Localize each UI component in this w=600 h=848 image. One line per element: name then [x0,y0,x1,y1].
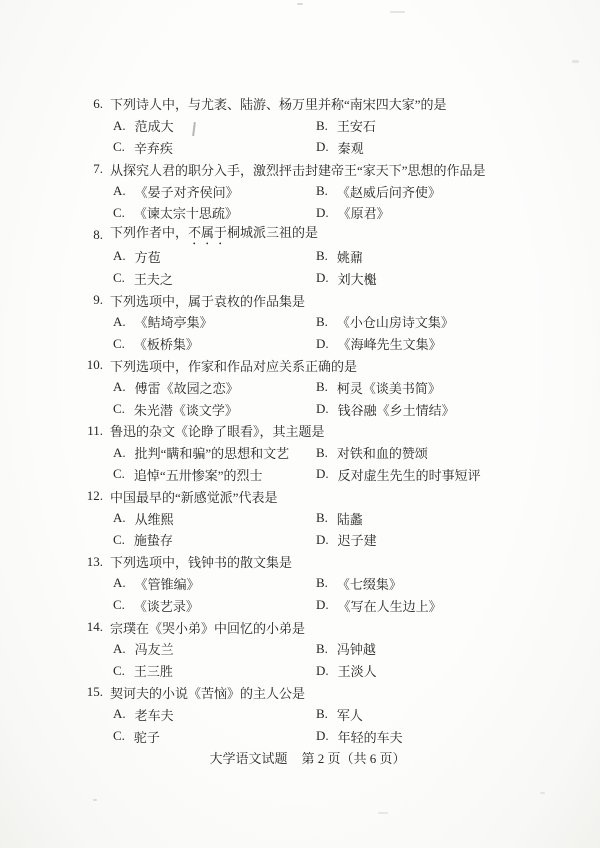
option: A. 范成大 [113,115,316,137]
option: C. 《谈艺录》 [113,594,316,616]
question-options: A. 批判“瞒和骗”的思想和文艺 B. 对铁和血的赞颂 C. 追悼“五卅惨案”的… [113,442,534,486]
option-text: 《谏太宗十思疏》 [134,203,238,222]
option-label: C. [113,466,125,482]
option-text: 《晏子对齐侯问》 [135,182,239,201]
option-text: 对铁和血的赞颂 [337,443,428,462]
question-number: 12. [81,488,103,504]
option-label: A. [113,575,126,591]
option-text: 批判“瞒和骗”的思想和文艺 [135,443,290,462]
option-label: A. [113,248,126,264]
option-text: 反对虚生先生的时事短评 [338,465,481,484]
footer-page-indicator: 第 2 页（共 6 页） [302,748,406,767]
option-label: C. [113,139,125,155]
option-text: 老车夫 [135,705,174,724]
question-number: 14. [81,619,103,635]
option: D. 王淡人 [316,660,534,682]
option-text: 王安石 [337,116,376,135]
option-label: C. [113,663,125,679]
question-stem: 宗璞在《哭小弟》中回忆的小弟是 [110,618,305,637]
question-block: 7. 从探究人君的职分入手，激烈抨击封建帝王“家天下”思想的作品是 A. 《晏子… [81,158,534,223]
option: A. 《管锥编》 [113,573,316,595]
option-text: 辛弃疾 [134,138,173,157]
option-text: 《原君》 [338,203,390,222]
question-block: 11. 鲁迅的杂文《论睁了眼看》，其主题是 A. 批判“瞒和骗”的思想和文艺 B… [81,420,534,485]
question-number: 13. [81,554,103,570]
question-options: A. 范成大 B. 王安石 C. 辛弃疾 D. 秦观 [113,115,534,159]
option: C. 《谏太宗十思疏》 [113,202,316,224]
option-label: B. [316,706,328,722]
questions-list: 6. 下列诗人中，与尤袤、陆游、杨万里并称“南宋四大家”的是 A. 范成大 B.… [81,93,534,747]
option-text: 冯友兰 [135,639,174,658]
option: C. 《板桥集》 [113,333,316,355]
option-text: 迟子建 [338,530,377,549]
option-label: C. [113,336,125,352]
question-number: 9. [81,292,103,308]
question-number: 6. [81,96,103,112]
option: A. 批判“瞒和骗”的思想和文艺 [113,442,316,464]
option: D. 钱谷融《乡土情结》 [316,398,534,420]
question-block: 8. 下列作者中，不属于桐城派三祖的是 A. 方苞 B. 姚鼐 C. 王夫之 D… [81,224,534,289]
question-number: 15. [81,684,103,700]
option-label: D. [316,663,329,679]
option-label: D. [316,270,329,286]
option: A. 《晏子对齐侯问》 [113,180,316,202]
option: A. 方苞 [113,246,316,268]
option-label: A. [113,379,126,395]
question-block: 12. 中国最早的“新感觉派”代表是 A. 从维熙 B. 陆蠡 C. 施蛰存 D… [81,485,534,550]
scan-artifact-speck [390,11,405,13]
option-label: C. [113,597,125,613]
option-label: A. [113,510,126,526]
option-label: B. [316,641,328,657]
option: B. 柯灵《谈美书简》 [316,376,534,398]
option-text: 秦观 [338,138,364,157]
option: D. 秦观 [316,137,534,159]
option: A. 老车夫 [113,703,316,725]
page-footer: 大学语文试题 第 2 页（共 6 页） [81,747,534,769]
option: D. 年轻的车夫 [316,725,534,747]
question-stem: 鲁迅的杂文《论睁了眼看》，其主题是 [110,421,325,440]
option-label: D. [316,401,329,417]
option-text: 军人 [337,705,363,724]
question-options: A. 《鲒埼亭集》 B. 《小仓山房诗文集》 C. 《板桥集》 D. 《海峰先生… [113,311,534,355]
option-label: B. [316,183,328,199]
option-text: 钱谷融《乡土情结》 [338,400,455,419]
option: C. 施蛰存 [113,529,316,551]
option: D. 《原君》 [316,202,534,224]
option-text: 陆蠡 [337,509,363,528]
option-label: C. [113,401,125,417]
option-label: C. [113,270,125,286]
option-text: 范成大 [135,116,174,135]
option-label: D. [316,532,329,548]
question-stem: 下列选项中，属于袁枚的作品集是 [110,291,305,310]
question-number: 8. [81,227,103,243]
question-number: 7. [81,161,103,177]
question-number: 11. [81,423,103,439]
option: B. 《赵威后问齐使》 [316,180,534,202]
option-text: 《管锥编》 [135,574,200,593]
option-label: D. [316,139,329,155]
option-text: 《谈艺录》 [134,596,199,615]
option: B. 对铁和血的赞颂 [316,442,534,464]
question-stem: 契诃夫的小说《苦恼》的主人公是 [110,683,305,702]
question-stem: 下列诗人中，与尤袤、陆游、杨万里并称“南宋四大家”的是 [110,94,447,113]
option-text: 傅雷《故园之恋》 [135,378,239,397]
option: C. 王三胜 [113,660,316,682]
option-label: D. [316,597,329,613]
option: D. 刘大櫆 [316,267,534,289]
question-options: A. 《晏子对齐侯问》 B. 《赵威后问齐使》 C. 《谏太宗十思疏》 D. 《… [113,180,534,224]
option-text: 追悼“五卅惨案”的烈士 [134,465,263,484]
option: B. 军人 [316,703,534,725]
option-label: D. [316,728,329,744]
option: C. 追悼“五卅惨案”的烈士 [113,464,316,486]
option-text: 朱光潜《谈文学》 [134,400,238,419]
option-label: C. [113,728,125,744]
option-label: B. [316,118,328,134]
option: B. 陆蠡 [316,507,534,529]
question-stem: 下列选项中，作家和作品对应关系正确的是 [110,356,357,375]
option: D. 《海峰先生文集》 [316,333,534,355]
question-block: 9. 下列选项中，属于袁枚的作品集是 A. 《鲒埼亭集》 B. 《小仓山房诗文集… [81,289,534,354]
question-number: 10. [81,357,103,373]
exam-page-scan: 6. 下列诗人中，与尤袤、陆游、杨万里并称“南宋四大家”的是 A. 范成大 B.… [0,0,600,848]
question-options: A. 《管锥编》 B. 《七缀集》 C. 《谈艺录》 D. 《写在人生边上》 [113,573,534,617]
option-text: 冯钟越 [337,639,376,658]
question-block: 14. 宗璞在《哭小弟》中回忆的小弟是 A. 冯友兰 B. 冯钟越 C. 王三胜… [81,616,534,681]
option: B. 《小仓山房诗文集》 [316,311,534,333]
option-text: 《海峰先生文集》 [338,334,442,353]
option-label: B. [316,248,328,264]
option-label: A. [113,183,126,199]
option-label: B. [316,314,328,330]
scan-artifact-speck [540,792,545,794]
scan-artifact-speck [572,60,579,63]
option-label: A. [113,118,126,134]
option-label: B. [316,510,328,526]
option-label: B. [316,575,328,591]
question-options: A. 方苞 B. 姚鼐 C. 王夫之 D. 刘大櫆 [113,246,534,290]
option-text: 《板桥集》 [134,334,199,353]
option-label: A. [113,706,126,722]
option: A. 《鲒埼亭集》 [113,311,316,333]
exam-body: 6. 下列诗人中，与尤袤、陆游、杨万里并称“南宋四大家”的是 A. 范成大 B.… [81,93,534,769]
question-block: 10. 下列选项中，作家和作品对应关系正确的是 A. 傅雷《故园之恋》 B. 柯… [81,355,534,420]
option-text: 《写在人生边上》 [338,596,442,615]
option: B. 冯钟越 [316,638,534,660]
question-options: A. 冯友兰 B. 冯钟越 C. 王三胜 D. 王淡人 [113,638,534,682]
option: C. 王夫之 [113,267,316,289]
question-block: 13. 下列选项中，钱钟书的散文集是 A. 《管锥编》 B. 《七缀集》 C. … [81,551,534,616]
option: C. 驼子 [113,725,316,747]
option-text: 施蛰存 [134,530,173,549]
option-label: B. [316,379,328,395]
scan-artifact-speck [297,3,303,5]
option: B. 姚鼐 [316,246,534,268]
scan-artifact-speck [93,799,97,801]
question-stem: 从探究人君的职分入手，激烈抨击封建帝王“家天下”思想的作品是 [110,160,486,179]
option: D. 反对虚生先生的时事短评 [316,464,534,486]
option: D. 迟子建 [316,529,534,551]
option: A. 从维熙 [113,507,316,529]
option-text: 刘大櫆 [338,269,377,288]
question-options: A. 老车夫 B. 军人 C. 驼子 D. 年轻的车夫 [113,703,534,747]
option-text: 方苞 [135,247,161,266]
question-stem: 中国最早的“新感觉派”代表是 [110,487,278,506]
option: C. 辛弃疾 [113,137,316,159]
question-options: A. 从维熙 B. 陆蠡 C. 施蛰存 D. 迟子建 [113,507,534,551]
option-label: D. [316,466,329,482]
question-stem: 下列作者中，不属于桐城派三祖的是 [110,222,318,248]
option-text: 王三胜 [134,661,173,680]
option-label: A. [113,641,126,657]
option: B. 王安石 [316,115,534,137]
question-options: A. 傅雷《故园之恋》 B. 柯灵《谈美书简》 C. 朱光潜《谈文学》 D. 钱… [113,376,534,420]
option-text: 《鲒埼亭集》 [135,312,213,331]
question-block: 6. 下列诗人中，与尤袤、陆游、杨万里并称“南宋四大家”的是 A. 范成大 B.… [81,93,534,158]
option: A. 傅雷《故园之恋》 [113,376,316,398]
option-text: 驼子 [134,727,160,746]
option-label: D. [316,336,329,352]
option-text: 王淡人 [338,661,377,680]
option-text: 柯灵《谈美书简》 [337,378,441,397]
footer-doc-title: 大学语文试题 [209,748,287,767]
option-label: A. [113,445,126,461]
option: A. 冯友兰 [113,638,316,660]
option: D. 《写在人生边上》 [316,594,534,616]
option-label: C. [113,532,125,548]
option-text: 年轻的车夫 [338,727,403,746]
option-text: 《七缀集》 [337,574,402,593]
option-text: 王夫之 [134,269,173,288]
option-label: A. [113,314,126,330]
scan-artifact-speck [378,812,388,814]
question-stem: 下列选项中，钱钟书的散文集是 [110,552,292,571]
option-text: 姚鼐 [337,247,363,266]
option-label: C. [113,205,125,221]
option-text: 《赵威后问齐使》 [337,182,441,201]
option-text: 《小仓山房诗文集》 [337,312,454,331]
option: B. 《七缀集》 [316,573,534,595]
question-block: 15. 契诃夫的小说《苦恼》的主人公是 A. 老车夫 B. 军人 C. 驼子 D… [81,682,534,747]
option-text: 从维熙 [135,509,174,528]
option: C. 朱光潜《谈文学》 [113,398,316,420]
option-label: D. [316,205,329,221]
option-label: B. [316,445,328,461]
